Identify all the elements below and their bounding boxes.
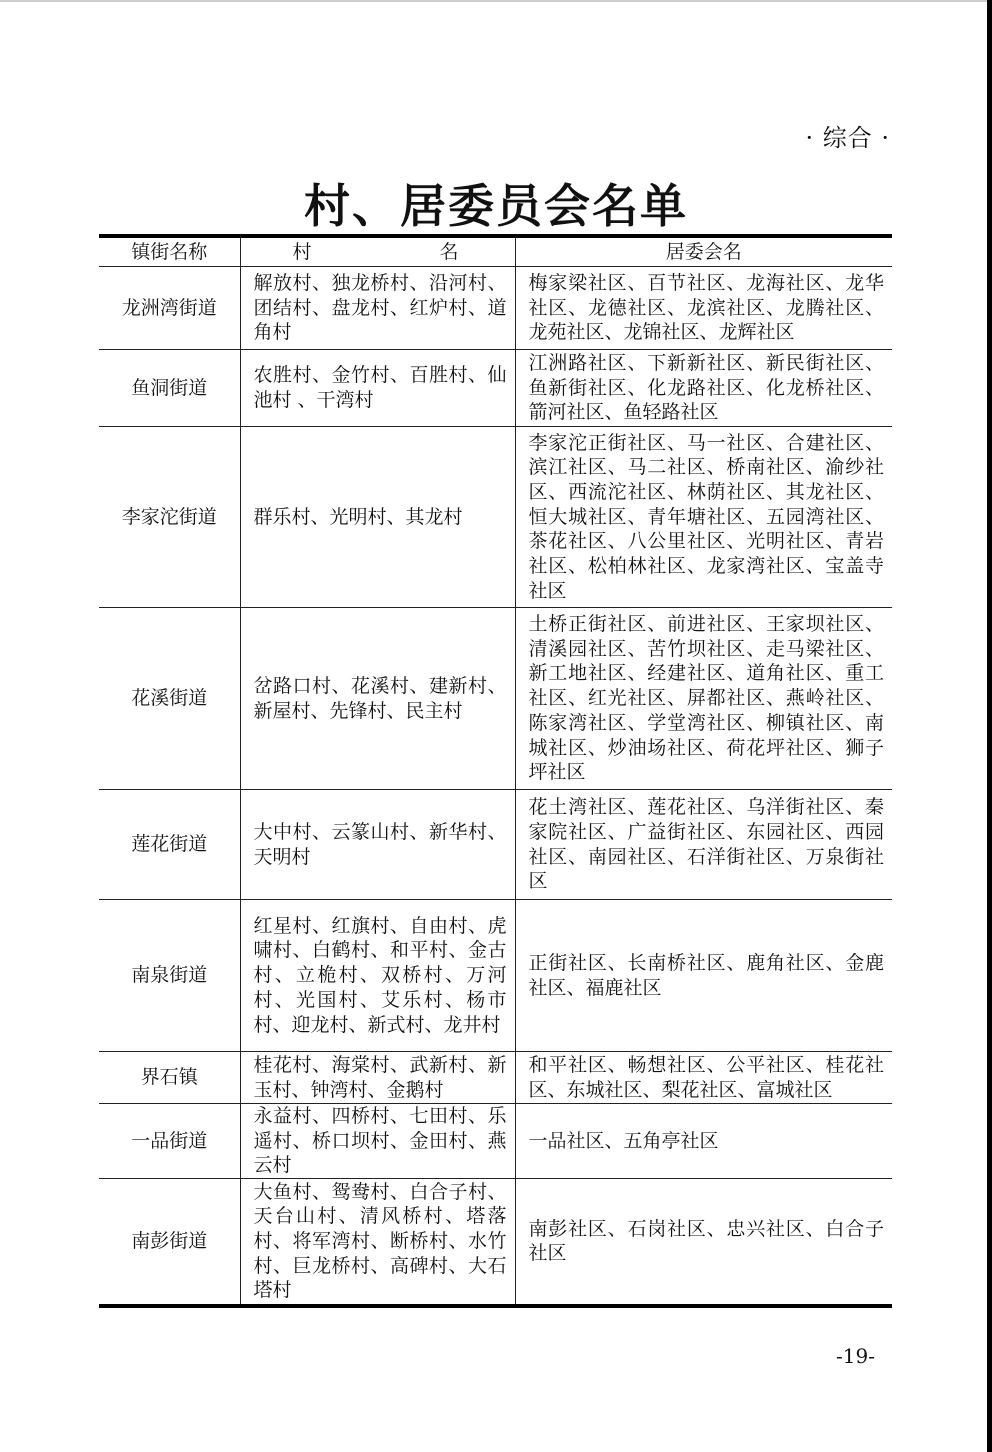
communities-cell: 李家沱正街社区、马一社区、合建社区、滨江社区、马二社区、桥南社区、渝纱社区、西流… xyxy=(529,431,885,604)
district-cell: 花溪街道 xyxy=(99,608,240,790)
villages-cell: 农胜村、金竹村、百胜村、仙池村 、干湾村 xyxy=(254,363,507,412)
district-cell: 一品街道 xyxy=(99,1104,240,1179)
district-cell: 南彭街道 xyxy=(99,1179,240,1306)
table-row: 鱼洞街道 农胜村、金竹村、百胜村、仙池村 、干湾村 江洲路社区、下新新社区、新民… xyxy=(99,350,892,427)
communities-cell: 梅家梁社区、百节社区、龙海社区、龙华社区、龙德社区、龙滨社区、龙腾社区、龙苑社区… xyxy=(529,271,885,345)
villages-cell: 桂花村、海棠村、武新村、新玉村、钟湾村、金鹅村 xyxy=(254,1053,507,1102)
page-number: -19- xyxy=(836,1344,875,1368)
table-row: 龙洲湾街道 解放村、独龙桥村、沿河村、团结村、盘龙村、红炉村、道角村 梅家梁社区… xyxy=(99,267,892,350)
villages-cell: 红星村、红旗村、自由村、虎啸村、白鹤村、和平村、金古村、立桅村、双桥村、万河村、… xyxy=(254,914,507,1038)
villages-cell: 大鱼村、鸳鸯村、白合子村、天台山村、清风桥村、塔落村、将军湾村、断桥村、水竹村、… xyxy=(254,1180,507,1304)
table-row: 莲花街道 大中村、云篆山村、新华村、天明村 花土湾社区、莲花社区、乌洋街社区、秦… xyxy=(99,790,892,900)
table-row: 李家沱街道 群乐村、光明村、其龙村 李家沱正街社区、马一社区、合建社区、滨江社区… xyxy=(99,427,892,608)
header-district: 镇街名称 xyxy=(99,236,240,267)
communities-cell: 江洲路社区、下新新社区、新民街社区、鱼新街社区、化龙路社区、化龙桥社区、箭河社区… xyxy=(529,351,885,425)
district-cell: 莲花街道 xyxy=(99,790,240,900)
header-communities: 居委会名 xyxy=(515,236,892,267)
communities-cell: 土桥正街社区、前进社区、王家坝社区、清溪园社区、苦竹坝社区、走马梁社区、新工地社… xyxy=(529,612,885,785)
villages-cell: 大中村、云篆山村、新华村、天明村 xyxy=(254,820,507,869)
table-row: 一品街道 永益村、四桥村、七田村、乐遥村、桥口坝村、金田村、燕云村 一品社区、五… xyxy=(99,1104,892,1179)
villages-cell: 解放村、独龙桥村、沿河村、团结村、盘龙村、红炉村、道角村 xyxy=(254,271,507,345)
page-top-edge xyxy=(0,0,992,2)
villages-cell: 岔路口村、花溪村、建新村、新屋村、先锋村、民主村 xyxy=(254,674,507,723)
table-row: 南泉街道 红星村、红旗村、自由村、虎啸村、白鹤村、和平村、金古村、立桅村、双桥村… xyxy=(99,900,892,1052)
communities-cell: 正街社区、长南桥社区、鹿角社区、金鹿社区、福鹿社区 xyxy=(529,951,885,1000)
communities-cell: 和平社区、畅想社区、公平社区、桂花社区、东城社区、梨花社区、富城社区 xyxy=(529,1053,885,1102)
header-villages-left: 村 xyxy=(293,240,312,265)
header-villages-right: 名 xyxy=(439,240,458,265)
table-row: 界石镇 桂花村、海棠村、武新村、新玉村、钟湾村、金鹅村 和平社区、畅想社区、公平… xyxy=(99,1052,892,1104)
table-row: 南彭街道 大鱼村、鸳鸯村、白合子村、天台山村、清风桥村、塔落村、将军湾村、断桥村… xyxy=(99,1179,892,1306)
table-row: 花溪街道 岔路口村、花溪村、建新村、新屋村、先锋村、民主村 土桥正街社区、前进社… xyxy=(99,608,892,790)
village-community-table: 镇街名称 村 名 居委会名 龙洲湾街道 解放村、独龙桥村、沿河村、团结村、盘龙村… xyxy=(99,234,892,1308)
district-cell: 界石镇 xyxy=(99,1052,240,1104)
villages-cell: 群乐村、光明村、其龙村 xyxy=(254,505,507,530)
district-cell: 南泉街道 xyxy=(99,900,240,1052)
communities-cell: 一品社区、五角亭社区 xyxy=(529,1129,885,1154)
header-villages: 村 名 xyxy=(240,236,515,267)
page-title: 村、居委员会名单 xyxy=(0,170,992,236)
communities-cell: 南彭社区、石岗社区、忠兴社区、白合子社区 xyxy=(529,1217,885,1266)
table-header-row: 镇街名称 村 名 居委会名 xyxy=(99,236,892,267)
section-tag: · 综合 · xyxy=(790,118,890,153)
district-cell: 鱼洞街道 xyxy=(99,350,240,427)
district-cell: 李家沱街道 xyxy=(99,427,240,608)
villages-cell: 永益村、四桥村、七田村、乐遥村、桥口坝村、金田村、燕云村 xyxy=(254,1104,507,1178)
district-cell: 龙洲湾街道 xyxy=(99,267,240,350)
communities-cell: 花土湾社区、莲花社区、乌洋街社区、秦家院社区、广益街社区、东园社区、西园社区、南… xyxy=(529,795,885,894)
